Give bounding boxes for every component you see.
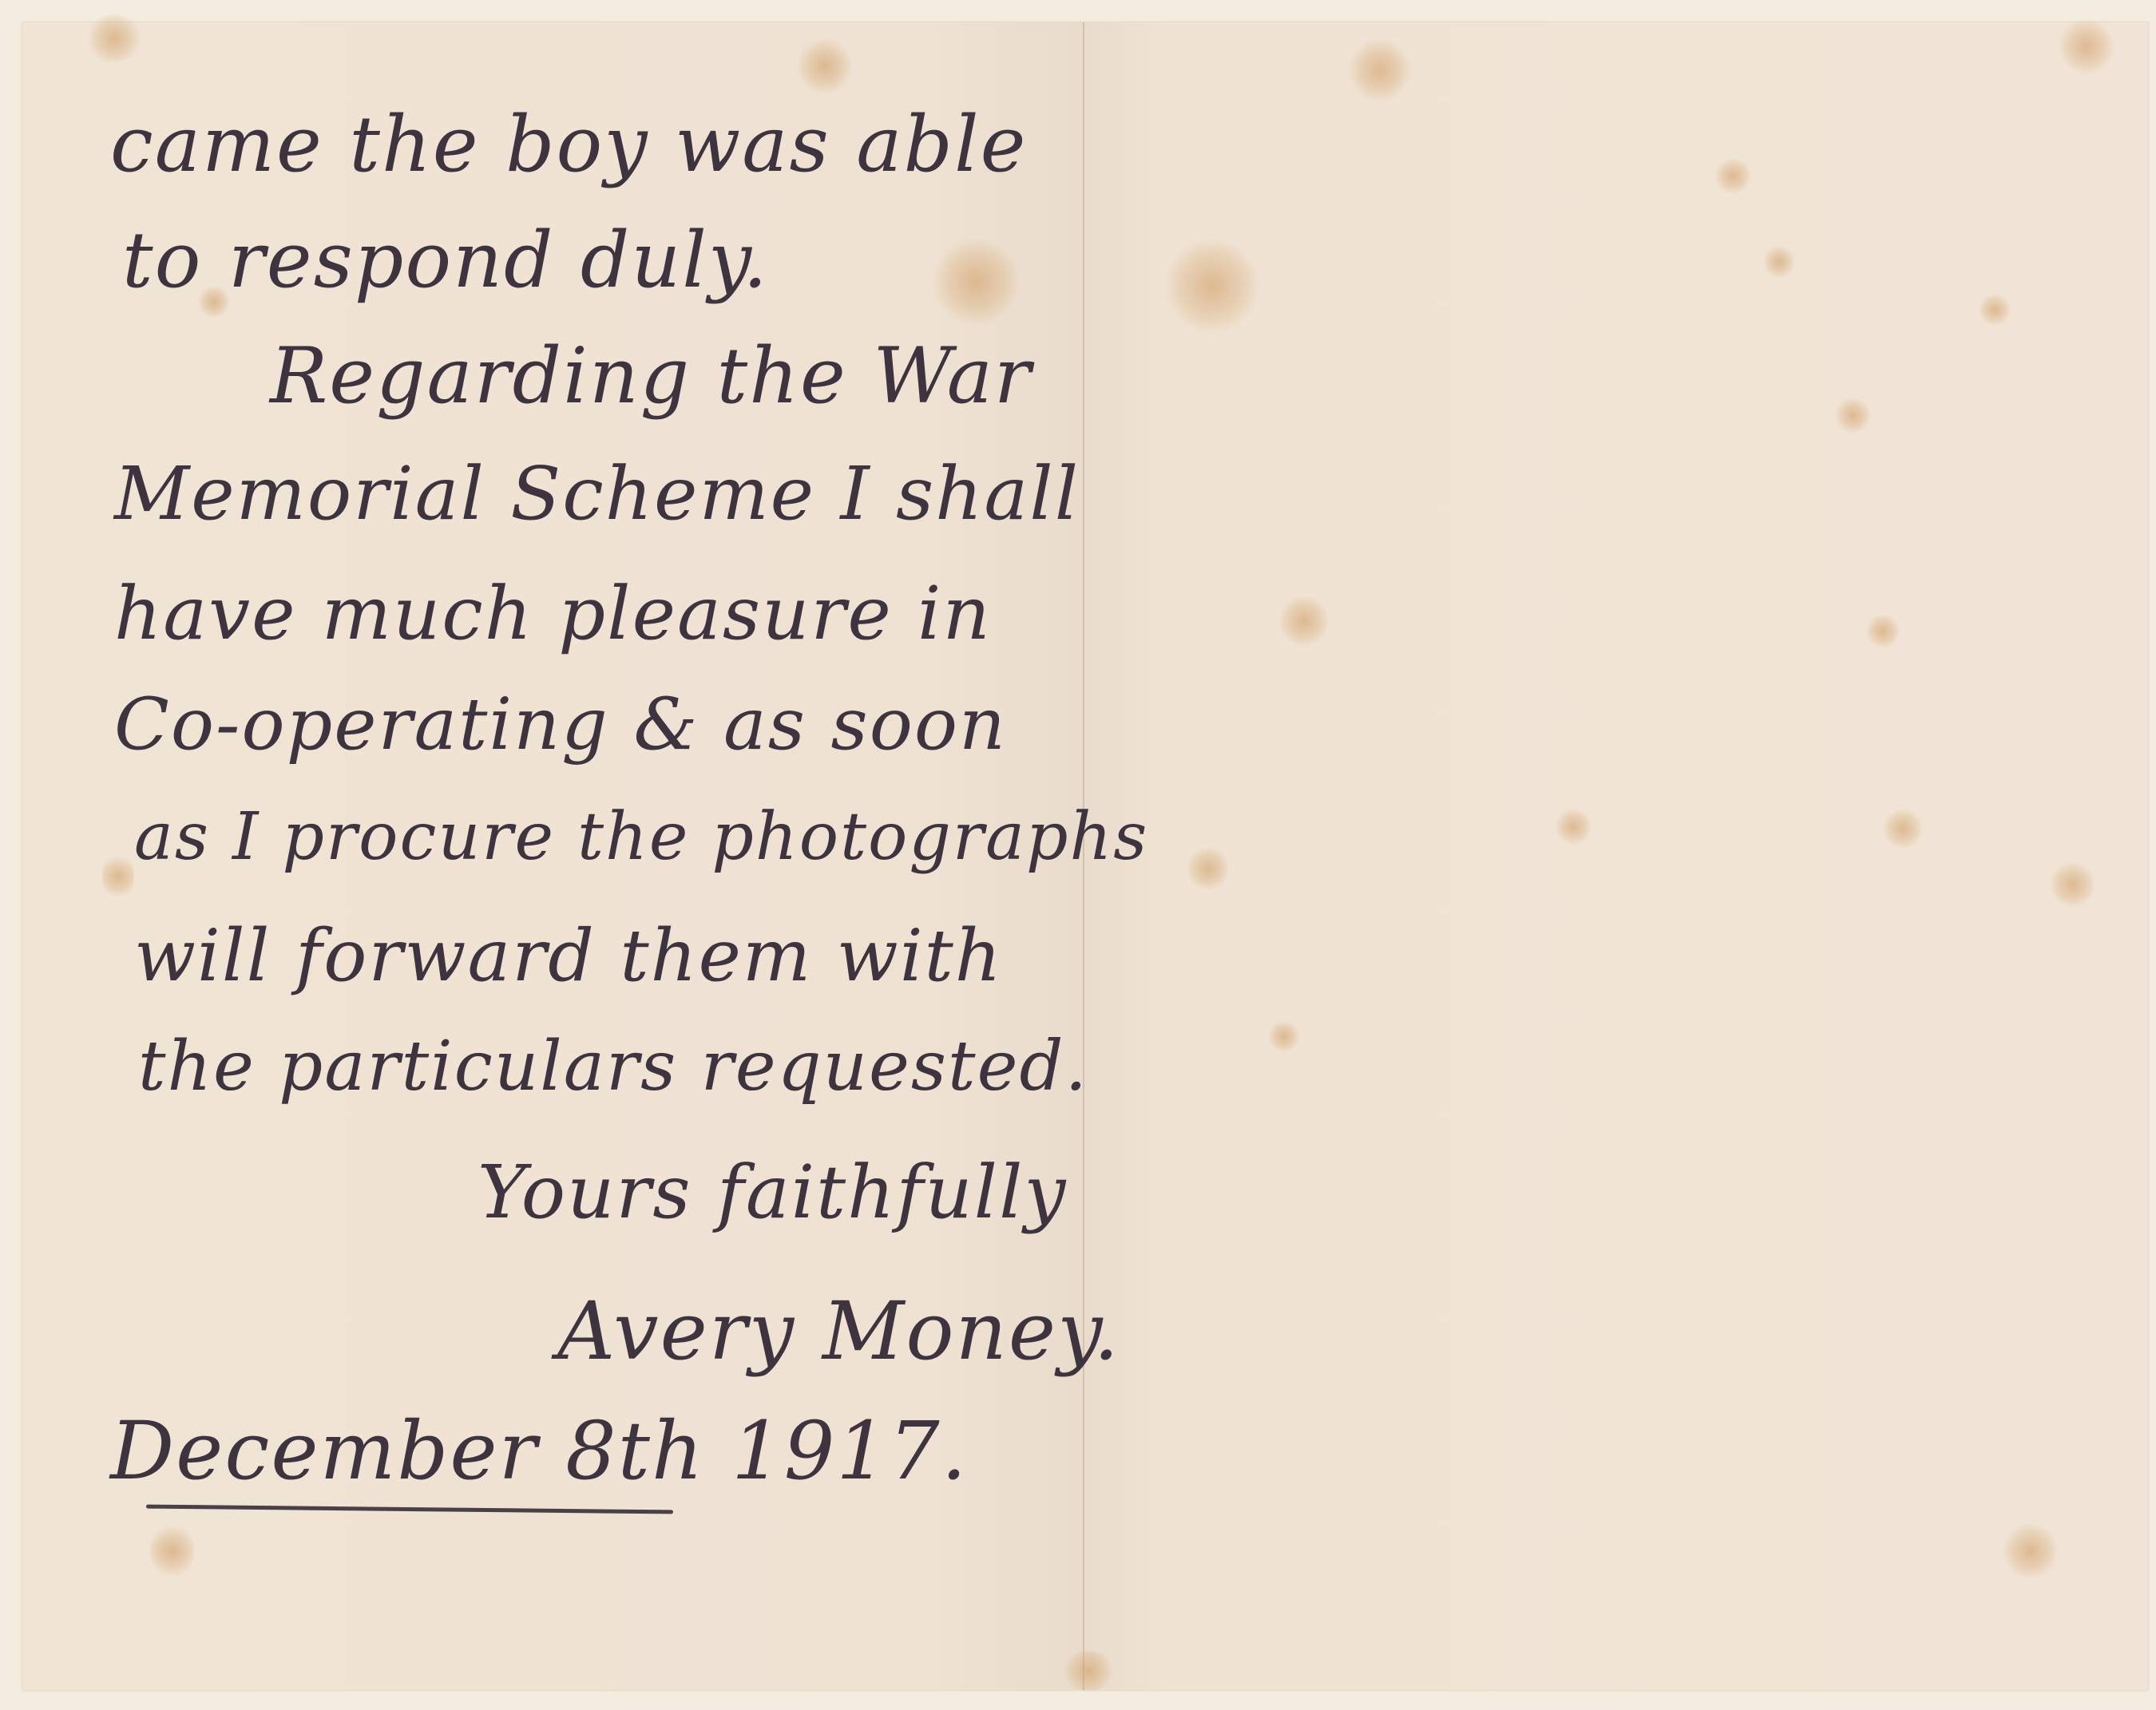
letter-sheet: came the boy was able to respond duly. R… xyxy=(22,22,2148,1690)
foxing-stain xyxy=(1060,1651,1116,1691)
letter-line: as I procure the photographs xyxy=(134,805,1148,870)
letter-line: the particulars requested. xyxy=(138,1032,1088,1101)
letter-closing: Yours faithfully xyxy=(478,1156,1068,1229)
foxing-stain xyxy=(1556,809,1591,845)
foxing-stain xyxy=(1348,38,1412,102)
foxing-stain xyxy=(150,1523,194,1579)
letter-line: came the boy was able xyxy=(110,106,1027,183)
foxing-stain xyxy=(1268,1020,1300,1052)
foxing-stain xyxy=(86,14,142,62)
foxing-stain xyxy=(1280,593,1328,649)
foxing-stain xyxy=(1835,398,1871,433)
letter-line: Memorial Scheme I shall xyxy=(114,457,1080,531)
letter-signature: Avery Money. xyxy=(557,1292,1120,1372)
letter-line: Regarding the War xyxy=(270,338,1032,414)
foxing-stain xyxy=(1188,845,1228,893)
foxing-stain xyxy=(1883,809,1923,849)
letter-line: to respond duly. xyxy=(122,222,769,299)
foxing-stain xyxy=(797,38,853,94)
letter-date: December 8th 1917. xyxy=(110,1411,968,1491)
foxing-stain xyxy=(102,853,134,901)
foxing-stain xyxy=(1164,238,1260,334)
foxing-stain xyxy=(2003,1523,2059,1579)
foxing-stain xyxy=(2059,18,2114,74)
foxing-stain xyxy=(2051,861,2095,908)
foxing-stain xyxy=(933,238,1021,326)
letter-line: Co-operating & as soon xyxy=(114,689,1007,761)
letter-line: will forward them with xyxy=(134,920,1003,992)
letter-line: have much pleasure in xyxy=(114,577,992,651)
foxing-stain xyxy=(1979,294,2011,326)
foxing-stain xyxy=(1867,613,1899,649)
foxing-stain xyxy=(1715,158,1751,194)
foxing-stain xyxy=(1763,246,1795,278)
